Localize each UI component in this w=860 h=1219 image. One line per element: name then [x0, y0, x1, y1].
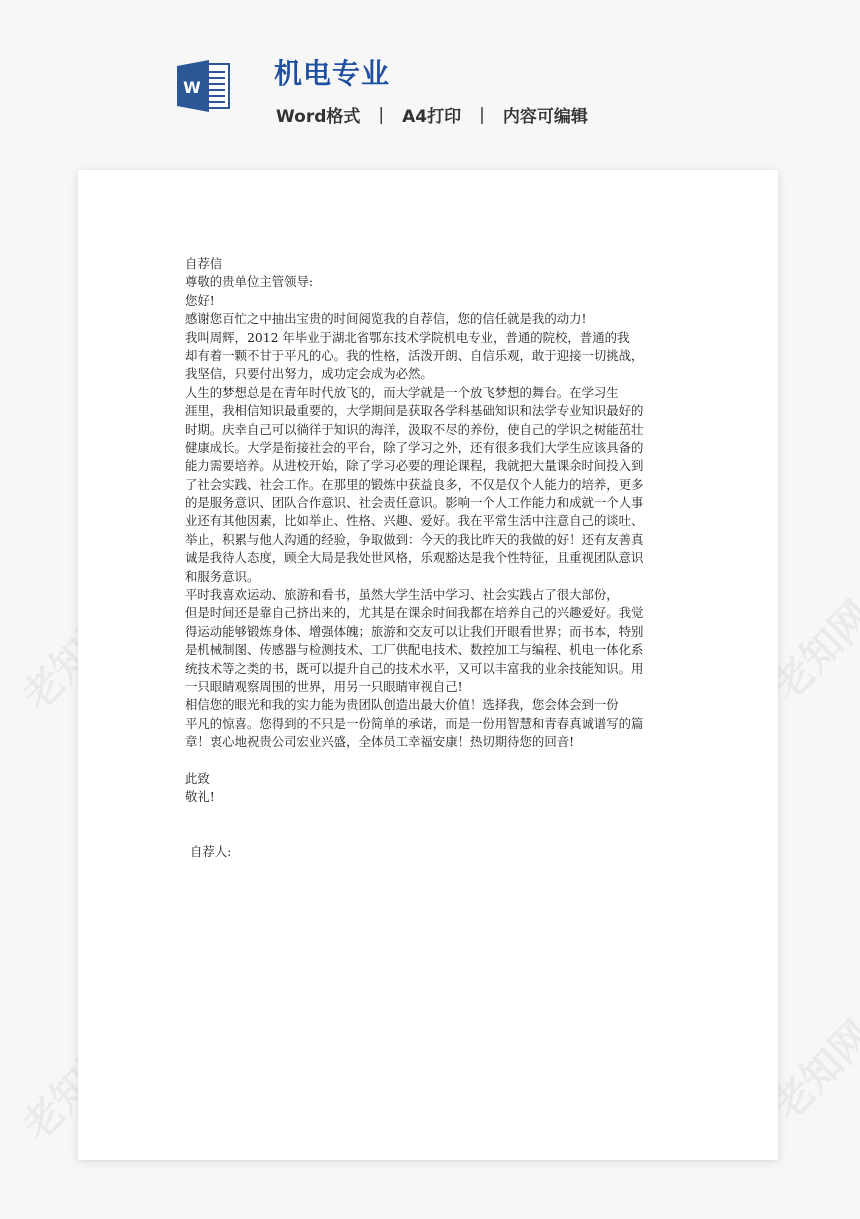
page-title: 机电专业 — [274, 52, 390, 92]
separator: | — [378, 105, 384, 125]
separator: | — [479, 105, 485, 125]
text-line: 了社会实践、社会工作。在那里的锻炼中获益良多，不仅是仅个人能力的培养，更多 — [185, 476, 645, 494]
text-line: 但是时间还是靠自己挤出来的，尤其是在课余时间我都在培养自己的兴趣爱好。我觉 — [185, 604, 645, 622]
salutation: 尊敬的贵单位主管领导: — [185, 273, 645, 291]
text-line: 的是服务意识、团队合作意识、社会责任意识。影响一个人工作能力和成就一个人事 — [185, 494, 645, 512]
letter-body: 自荐信 尊敬的贵单位主管领导: 您好! 感谢您百忙之中抽出宝贵的时间阅览我的自荐… — [185, 255, 645, 861]
svg-text:W: W — [183, 78, 201, 97]
text-line: 是机械制图、传感器与检测技术、工厂供配电技术、数控加工与编程、机电一体化系 — [185, 641, 645, 659]
badge-editable: 内容可编辑 — [503, 102, 588, 127]
closing-line: 敬礼! — [185, 788, 645, 806]
text-line: 业还有其他因素，比如举止、性格、兴趣、爱好。我在平常生活中注意自己的谈吐、 — [185, 512, 645, 530]
text-line: 举止，积累与他人沟通的经验，争取做到：今天的我比昨天的我做的好！还有友善真 — [185, 531, 645, 549]
closing-line: 此致 — [185, 770, 645, 788]
badge-a4-print: A4打印 — [402, 102, 461, 127]
header: W 机电专业 Word格式 | A4打印 | 内容可编辑 — [0, 0, 860, 160]
text-line: 感谢您百忙之中抽出宝贵的时间阅览我的自荐信，您的信任就是我的动力! — [185, 310, 645, 328]
text-line: 章！衷心地祝贵公司宏业兴盛，全体员工幸福安康！热切期待您的回音! — [185, 733, 645, 751]
text-line: 相信您的眼光和我的实力能为贵团队创造出最大价值！选择我，您会体会到一份 — [185, 696, 645, 714]
text-line: 和服务意识。 — [185, 568, 645, 586]
signature: 自荐人: — [185, 843, 645, 861]
text-line: 我坚信，只要付出努力，成功定会成为必然。 — [185, 365, 645, 383]
format-badges: Word格式 | A4打印 | 内容可编辑 — [276, 102, 588, 127]
badge-word-format: Word格式 — [276, 102, 360, 127]
text-line: 得运动能够锻炼身体、增强体魄；旅游和交友可以让我们开眼看世界；而书本，特别 — [185, 623, 645, 641]
text-line: 却有着一颗不甘于平凡的心。我的性格，活泼开朗、自信乐观，敢于迎接一切挑战， — [185, 347, 645, 365]
text-line: 平时我喜欢运动、旅游和看书，虽然大学生活中学习、社会实践占了很大部份， — [185, 586, 645, 604]
letter-heading: 自荐信 — [185, 255, 645, 273]
greeting: 您好! — [185, 292, 645, 310]
blank-space — [185, 807, 645, 843]
word-document-icon: W — [175, 60, 231, 112]
text-line: 我叫周辉，2012 年毕业于湖北省鄂东技术学院机电专业，普通的院校，普通的我 — [185, 329, 645, 347]
document-page: 自荐信 尊敬的贵单位主管领导: 您好! 感谢您百忙之中抽出宝贵的时间阅览我的自荐… — [78, 170, 778, 1160]
text-line: 涯里，我相信知识最重要的，大学期间是获取各学科基础知识和法学专业知识最好的 — [185, 402, 645, 420]
text-line: 诚是我待人态度，顾全大局是我处世风格，乐观豁达是我个性特征，且重视团队意识 — [185, 549, 645, 567]
text-line: 健康成长。大学是衔接社会的平台，除了学习之外，还有很多我们大学生应该具备的 — [185, 439, 645, 457]
text-line: 时期。庆幸自己可以徜徉于知识的海洋，汲取不尽的养份，使自己的学识之树能茁壮 — [185, 421, 645, 439]
text-line: 一只眼睛观察周围的世界，用另一只眼睛审视自己! — [185, 678, 645, 696]
text-line: 平凡的惊喜。您得到的不只是一份简单的承诺，而是一份用智慧和青春真诚谱写的篇 — [185, 715, 645, 733]
text-line: 能力需要培养。从进校开始，除了学习必要的理论课程，我就把大量课余时间投入到 — [185, 457, 645, 475]
text-line: 人生的梦想总是在青年时代放飞的，而大学就是一个放飞梦想的舞台。在学习生 — [185, 384, 645, 402]
text-line: 统技术等之类的书，既可以提升自己的技术水平，又可以丰富我的业余技能知识。用 — [185, 660, 645, 678]
blank-line — [185, 752, 645, 770]
